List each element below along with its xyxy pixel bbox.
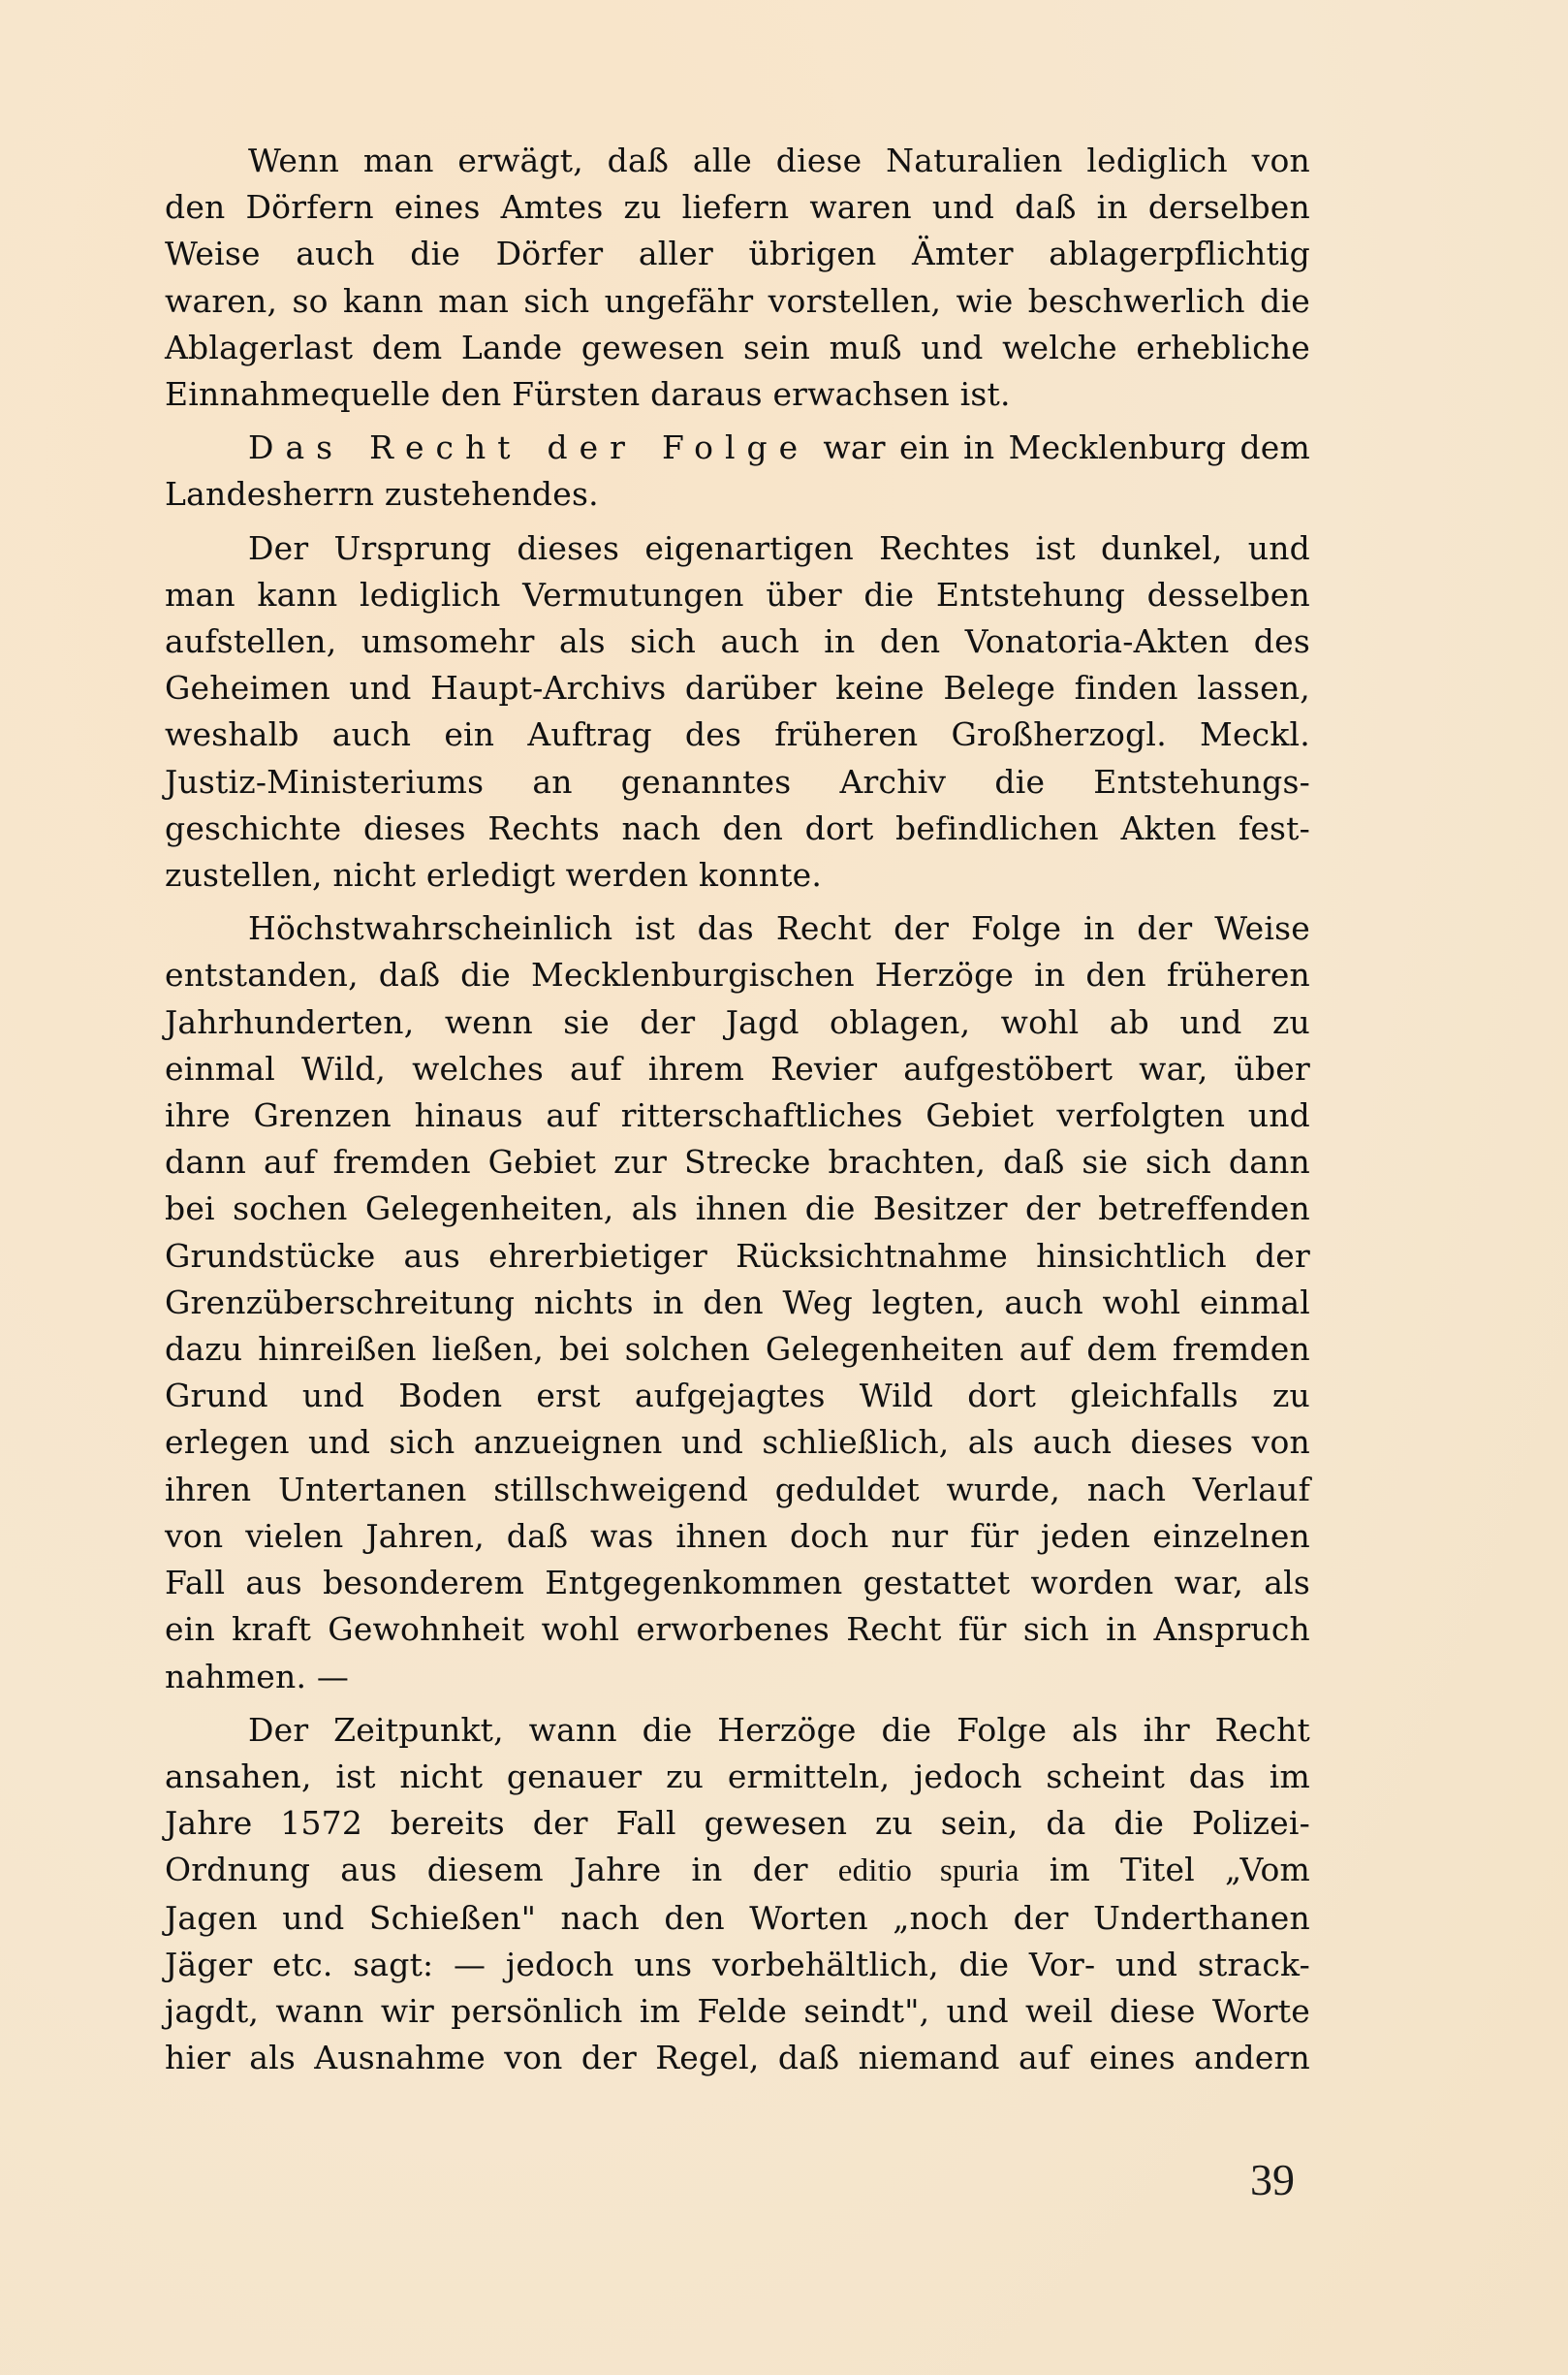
text-line: Wenn man erwägt, daß alle diese Naturali… [165,138,1310,184]
text-line: bei sochen Gelegenheiten, als ihnen die … [165,1186,1310,1232]
text-line: nahmen. — [165,1654,1310,1700]
text-line: Grund und Boden erst aufgejagtes Wild do… [165,1373,1310,1419]
text-line: waren, so kann man sich ungefähr vorstel… [165,278,1310,325]
text-fragment: im Titel „Vom [1019,1851,1310,1888]
text-line: Der Zeitpunkt, wann die Herzöge die Folg… [165,1707,1310,1754]
text-fragment: war ein in Mecklenburg dem [809,428,1310,466]
text-line: man kann lediglich Vermutungen über die … [165,572,1310,618]
text-line: Jahrhunderten, wenn sie der Jagd oblagen… [165,999,1310,1046]
text-line: Geheimen und Haupt-Archivs darüber keine… [165,665,1310,712]
text-line: Das Recht der Folge war ein in Mecklenbu… [165,425,1310,471]
text-line: weshalb auch ein Auftrag des früheren Gr… [165,712,1310,758]
spaced-term: Das Recht der Folge [248,428,809,466]
text-line: Landesherrn zustehendes. [165,471,1310,518]
text-fragment: Ordnung aus diesem Jahre in der [165,1851,838,1888]
text-line: ihren Untertanen stillschweigend gedulde… [165,1467,1310,1513]
text-line: von vielen Jahren, daß was ihnen doch nu… [165,1513,1310,1560]
text-line: ihre Grenzen hinaus auf ritterschaftlich… [165,1092,1310,1139]
text-line: dazu hinreißen ließen, bei solchen Geleg… [165,1326,1310,1373]
text-line: Jagen und Schießen" nach den Worten „noc… [165,1895,1310,1942]
text-line: Grundstücke aus ehrerbietiger Rücksichtn… [165,1233,1310,1280]
text-line: Einnahmequelle den Fürsten daraus erwach… [165,371,1310,418]
paragraph-4: Höchstwahrscheinlich ist das Recht der F… [165,905,1310,1699]
text-line: erlegen und sich anzueignen und schließl… [165,1419,1310,1466]
text-line: Fall aus besonderem Entgegenkommen gesta… [165,1560,1310,1606]
text-line: Ordnung aus diesem Jahre in der editio s… [165,1847,1310,1894]
text-line: geschichte dieses Rechts nach den dort b… [165,806,1310,852]
page-number: 39 [1250,2154,1295,2205]
text-line: ansahen, ist nicht genauer zu ermitteln,… [165,1754,1310,1800]
text-line: entstanden, daß die Mecklenburgischen He… [165,952,1310,998]
text-line: jagdt, wann wir persönlich im Felde sein… [165,1988,1310,2035]
text-line: Justiz-Ministeriums an genanntes Archiv … [165,759,1310,806]
text-line: Höchstwahrscheinlich ist das Recht der F… [165,905,1310,952]
text-line: Jahre 1572 bereits der Fall gewesen zu s… [165,1800,1310,1847]
paragraph-2: Das Recht der Folge war ein in Mecklenbu… [165,425,1310,518]
text-line: zustellen, nicht erledigt werden konnte. [165,852,1310,899]
text-line: den Dörfern eines Amtes zu liefern waren… [165,184,1310,231]
latin-term: editio spuria [838,1853,1019,1888]
text-line: Der Ursprung dieses eigenartigen Rechtes… [165,525,1310,572]
text-line: Ablagerlast dem Lande gewesen sein muß u… [165,325,1310,371]
text-line: ein kraft Gewohnheit wohl erworbenes Rec… [165,1606,1310,1653]
text-line: aufstellen, umsomehr als sich auch in de… [165,618,1310,665]
text-line: hier als Ausnahme von der Regel, daß nie… [165,2035,1310,2081]
paragraph-1: Wenn man erwägt, daß alle diese Naturali… [165,138,1310,418]
text-line: Weise auch die Dörfer aller übrigen Ämte… [165,231,1310,277]
paragraph-3: Der Ursprung dieses eigenartigen Rechtes… [165,525,1310,900]
page-body: Wenn man erwägt, daß alle diese Naturali… [165,138,1310,2088]
text-line: Grenzüberschreitung nichts in den Weg le… [165,1280,1310,1326]
text-line: Jäger etc. sagt: — jedoch uns vorbehältl… [165,1942,1310,1988]
text-line: einmal Wild, welches auf ihrem Revier au… [165,1046,1310,1092]
text-line: dann auf fremden Gebiet zur Strecke brac… [165,1139,1310,1186]
paragraph-5: Der Zeitpunkt, wann die Herzöge die Folg… [165,1707,1310,2082]
